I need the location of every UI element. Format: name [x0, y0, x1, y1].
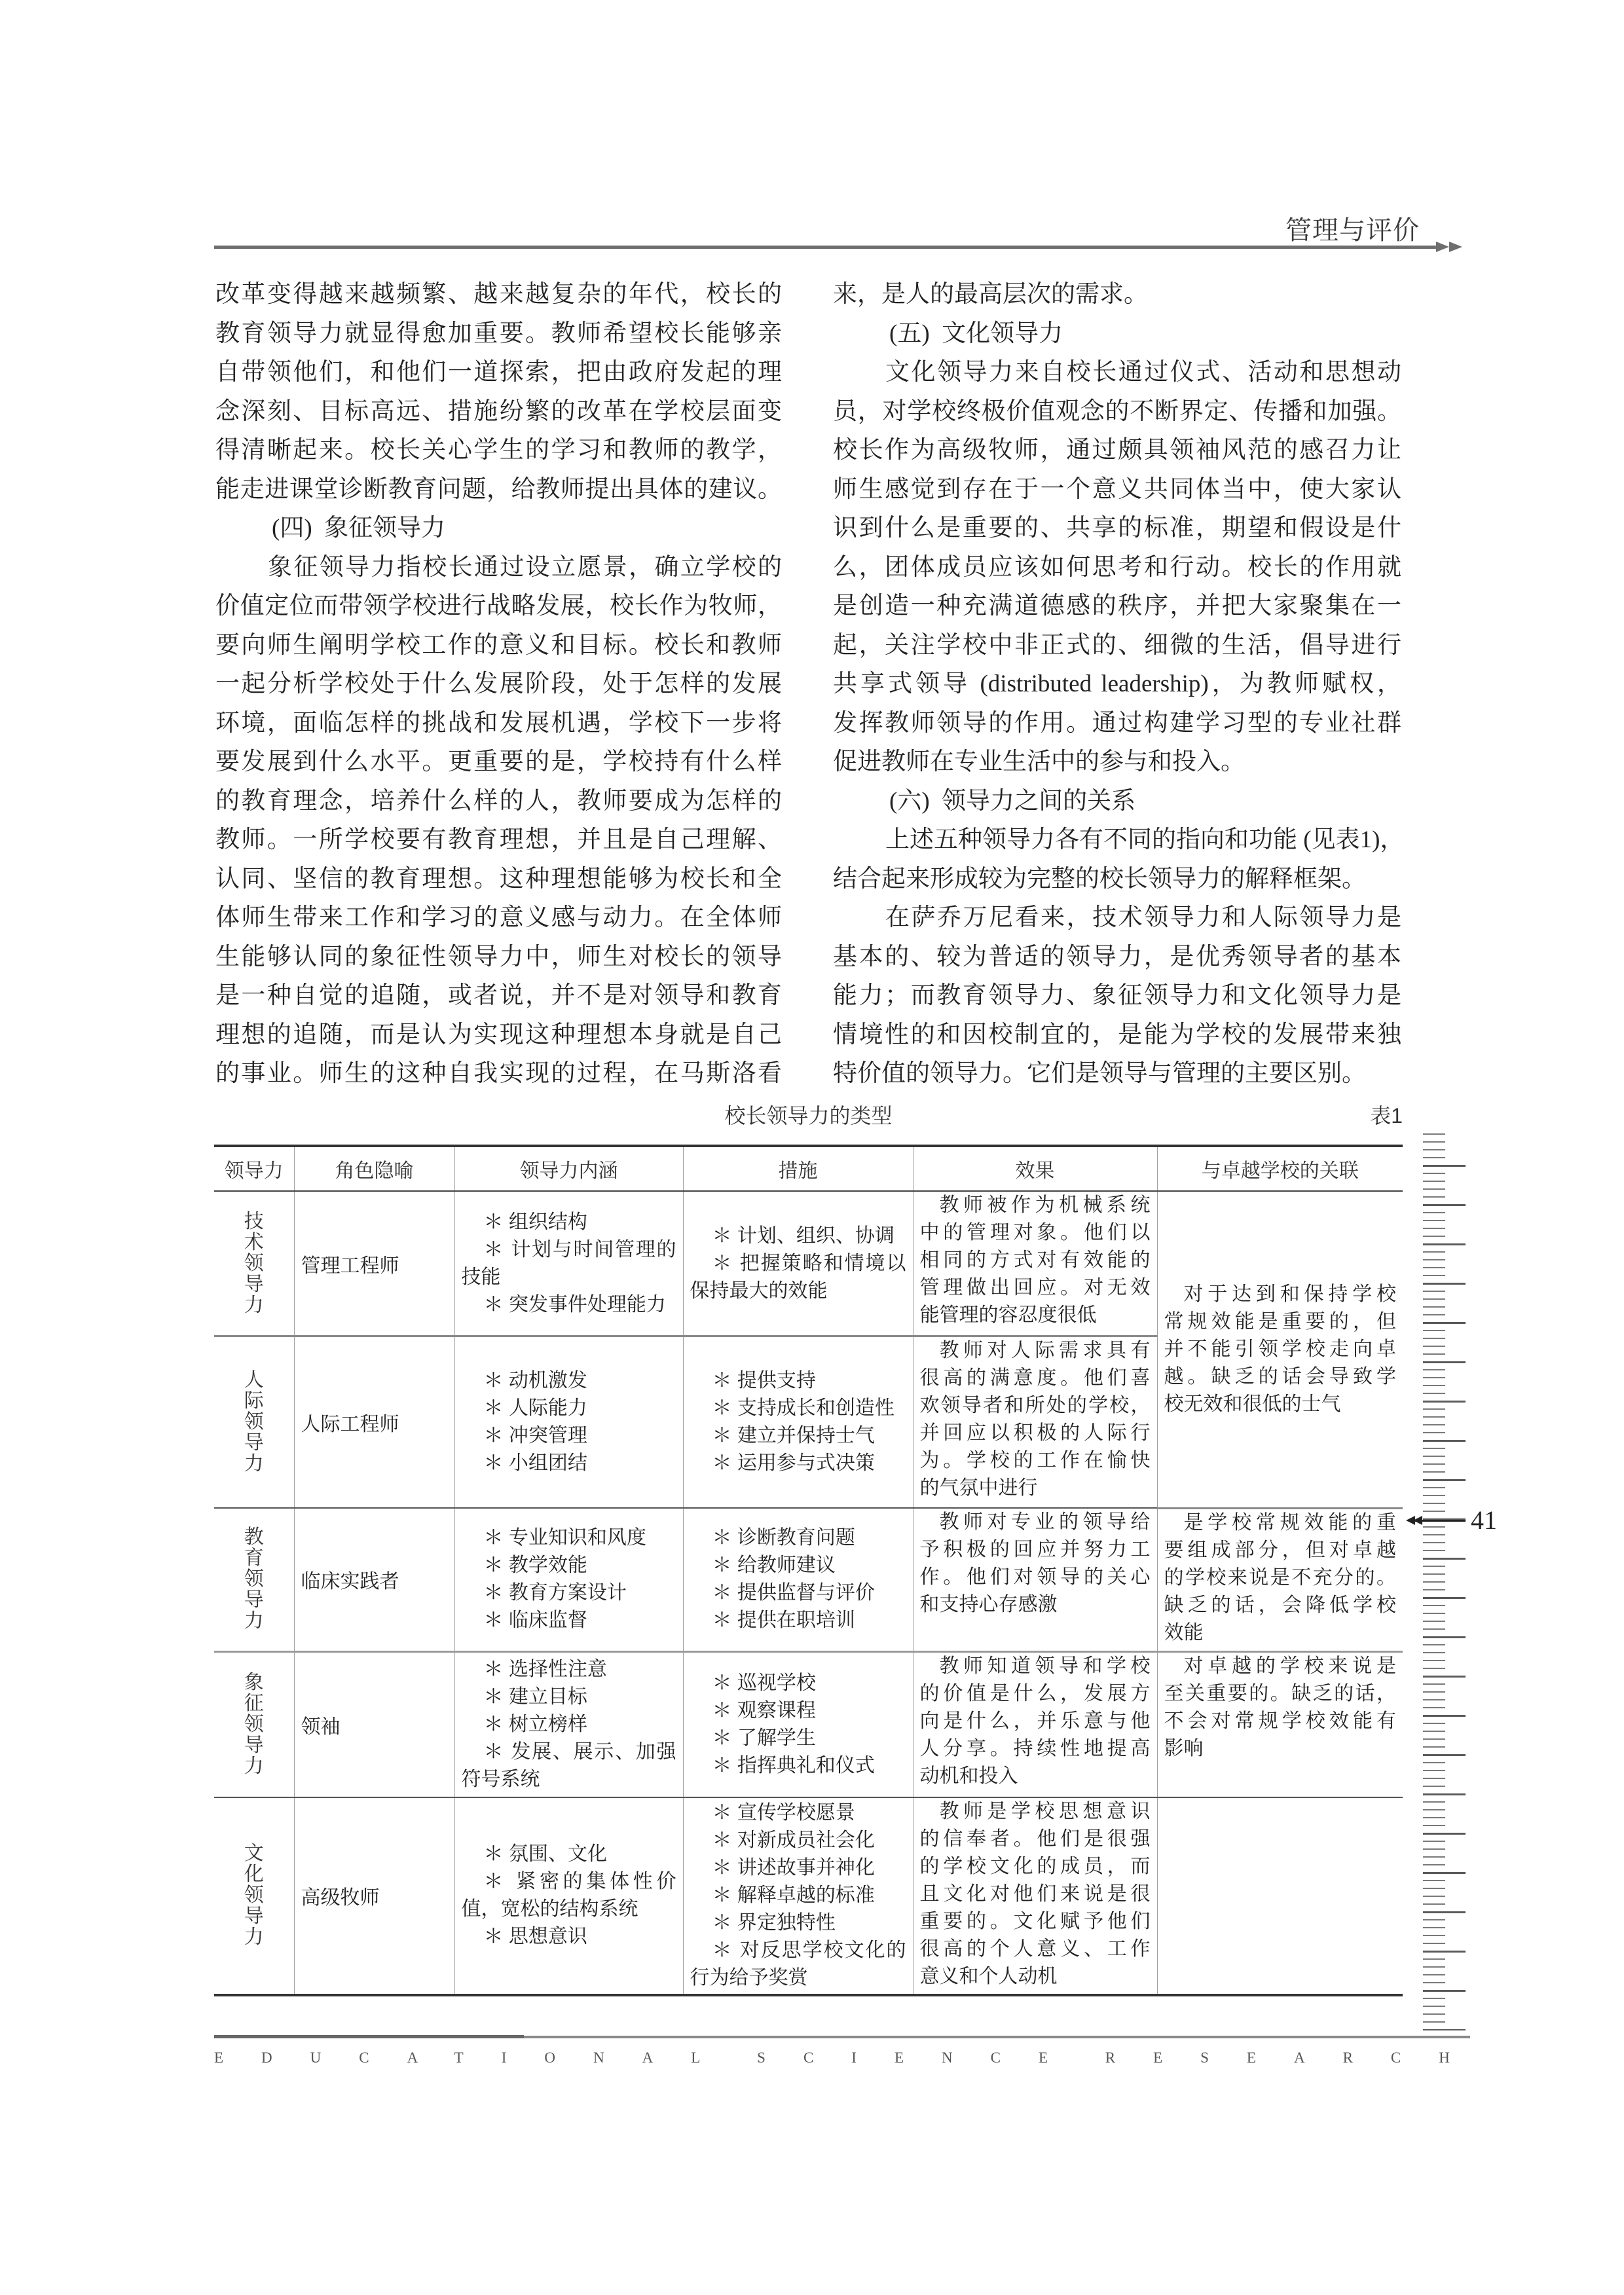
double-arrow-right-icon — [1449, 242, 1462, 252]
footer-rule — [214, 2035, 524, 2038]
role-cell: 临床实践者 — [294, 1508, 454, 1651]
leadership-cell: 技术领导力 — [214, 1191, 294, 1336]
cell-line: 值，宽松的结构系统 — [462, 1896, 676, 1923]
cell-line: 教师对人际需求具有 — [920, 1337, 1151, 1365]
cell-line: ＊ 讲述故事并神化 — [690, 1854, 906, 1882]
body-line: 能力；而教育领导力、象征领导力和文化领导力是 — [833, 976, 1401, 1016]
cell-line: ＊ 思想意识 — [462, 1923, 676, 1951]
cell-line: ＊ 提供支持 — [690, 1367, 906, 1395]
leadership-types-table: 领导力 角色隐喻 领导力内涵 措施 效果 与卓越学校的关联 技术领导力 管理工程… — [214, 1145, 1403, 1996]
cell-line: ＊ 提供监督与评价 — [690, 1579, 906, 1607]
table-header-row: 领导力 角色隐喻 领导力内涵 措施 效果 与卓越学校的关联 — [214, 1146, 1403, 1191]
cell-line: ＊ 树立榜样 — [462, 1711, 676, 1738]
body-column-left: 改革变得越来越频繁、越来越复杂的年代，校长的 教育领导力就显得愈加重要。教师希望… — [215, 275, 782, 1093]
section-title: 管理与评价 — [1285, 216, 1420, 245]
measures-cell: ＊ 巡视学校 ＊ 观察课程 ＊ 了解学生 ＊ 指挥典礼和仪式 — [683, 1651, 913, 1797]
cell-line: 的学校来说是不充分的。 — [1164, 1564, 1397, 1592]
cell-line: ＊ 冲突管理 — [462, 1422, 676, 1450]
cell-line: 意义和个人动机 — [920, 1963, 1151, 1991]
body-line: 在萨乔万尼看来，技术领导力和人际领导力是 — [833, 898, 1401, 938]
body-line: 的事业。师生的这种自我实现的过程，在马斯洛看 — [215, 1054, 782, 1093]
cell-line: ＊ 宣传学校愿景 — [690, 1799, 906, 1827]
body-line: 是一种自觉的追随，或者说，并不是对领导和教育 — [215, 976, 782, 1016]
cell-line: 校无效和很低的士气 — [1164, 1391, 1397, 1418]
leadership-cell: 象征领导力 — [214, 1651, 294, 1797]
cell-line: 的气氛中进行 — [920, 1475, 1151, 1502]
cell-line: 动机和投入 — [920, 1763, 1151, 1790]
cell-line: ＊ 选择性注意 — [462, 1656, 676, 1683]
role-cell: 管理工程师 — [294, 1191, 454, 1336]
cell-line: 越。缺乏的话会导致学 — [1164, 1363, 1397, 1391]
leadership-name: 人际领导力 — [244, 1370, 265, 1475]
cell-line: ＊ 氛围、文化 — [462, 1841, 676, 1868]
cell-line: 很高的满意度。他们喜 — [920, 1365, 1151, 1392]
cell-line: ＊ 发展、展示、加强 — [462, 1738, 676, 1766]
table-title: 校长领导力的类型 — [214, 1103, 1403, 1129]
cell-line: 缺乏的话，会降低学校 — [1164, 1592, 1397, 1619]
section-heading: (六) 领导力之间的关系 — [833, 782, 1401, 821]
cell-line: 符号系统 — [462, 1766, 676, 1793]
cell-line: ＊ 突发事件处理能力 — [462, 1291, 676, 1319]
cell-line: 很高的个人意义、工作 — [920, 1936, 1151, 1963]
body-line: 上述五种领导力各有不同的指向和功能 (见表1)， — [833, 820, 1401, 860]
cell-line: 技能 — [462, 1264, 676, 1291]
connotation-cell: ＊ 组织结构 ＊ 计划与时间管理的 技能 ＊ 突发事件处理能力 — [454, 1191, 683, 1336]
measures-cell: ＊ 宣传学校愿景 ＊ 对新成员社会化 ＊ 讲述故事并神化 ＊ 解释卓越的标准 ＊… — [683, 1797, 913, 1995]
cell-line: 的价值是什么，发展方 — [920, 1680, 1151, 1708]
cell-line: ＊ 专业知识和风度 — [462, 1524, 676, 1552]
table-row: 象征领导力 领袖 ＊ 选择性注意 ＊ 建立目标 ＊ 树立榜样 ＊ 发展、展示、加… — [214, 1651, 1403, 1797]
leadership-name: 象征领导力 — [244, 1672, 265, 1777]
body-line: 基本的、较为普适的领导力，是优秀领导者的基本 — [833, 938, 1401, 977]
body-line: 生能够认同的象征性领导力中，师生对校长的领导 — [215, 938, 782, 977]
cell-line: 管理做出回应。对无效 — [920, 1274, 1151, 1302]
cell-line: 为。学校的工作在愉快 — [920, 1447, 1151, 1475]
cell-line: 且文化对他们来说是很 — [920, 1881, 1151, 1908]
leadership-name: 文化领导力 — [244, 1843, 265, 1948]
body-line: 教育领导力就显得愈加重要。教师希望校长能够亲 — [215, 314, 782, 354]
body-line: 理想的追随，而是认为实现这种理想本身就是自己 — [215, 1016, 782, 1055]
body-line: 么，团体成员应该如何思考和行动。校长的作用就 — [833, 548, 1401, 587]
table-row: 文化领导力 高级牧师 ＊ 氛围、文化 ＊ 紧密的集体性价 值，宽松的结构系统 ＊… — [214, 1797, 1403, 1995]
cell-line: ＊ 对新成员社会化 — [690, 1827, 906, 1854]
leadership-name: 教育领导力 — [244, 1527, 265, 1632]
cell-line: ＊ 教育方案设计 — [462, 1579, 676, 1607]
body-line: 发挥教师领导的作用。通过构建学习型的专业社群 — [833, 704, 1401, 743]
measures-cell: ＊ 诊断教育问题 ＊ 给教师建议 ＊ 提供监督与评价 ＊ 提供在职培训 — [683, 1508, 913, 1651]
body-line: 念深刻、目标高远、措施纷繁的改革在学校层面变 — [215, 392, 782, 431]
measures-cell: ＊ 计划、组织、协调 ＊ 把握策略和情境以 保持最大的效能 — [683, 1191, 913, 1336]
cell-line: 中的管理对象。他们以 — [920, 1219, 1151, 1247]
effects-cell: 教师是学校思想意识 的信奉者。他们是很强 的学校文化的成员，而 且文化对他们来说… — [913, 1797, 1157, 1995]
section-heading: (四) 象征领导力 — [215, 509, 782, 548]
cell-line: 要组成部分，但对卓越 — [1164, 1537, 1397, 1564]
cell-line: ＊ 建立目标 — [462, 1683, 676, 1711]
cell-line: 教师知道领导和学校 — [920, 1653, 1151, 1680]
connotation-cell: ＊ 专业知识和风度 ＊ 教学效能 ＊ 教育方案设计 ＊ 临床监督 — [454, 1508, 683, 1651]
cell-line: ＊ 临床监督 — [462, 1607, 676, 1634]
body-line: 情境性的和因校制宜的，是能为学校的发展带来独 — [833, 1016, 1401, 1055]
cell-line: 的信奉者。他们是很强 — [920, 1826, 1151, 1853]
body-line: 体师生带来工作和学习的意义感与动力。在全体师 — [215, 898, 782, 938]
role-cell: 高级牧师 — [294, 1797, 454, 1995]
cell-line: 重要的。文化赋予他们 — [920, 1908, 1151, 1936]
cell-line: 教师被作为机械系统 — [920, 1192, 1151, 1219]
cell-line: ＊ 界定独特性 — [690, 1909, 906, 1937]
cell-line: 能管理的容忍度很低 — [920, 1302, 1151, 1329]
role-cell: 人际工程师 — [294, 1336, 454, 1509]
role-cell: 领袖 — [294, 1651, 454, 1797]
cell-line: 不会对常规学校效能有 — [1164, 1708, 1397, 1735]
body-line: 结合起来形成较为完整的校长领导力的解释框架。 — [833, 860, 1401, 899]
column-header: 角色隐喻 — [294, 1146, 454, 1191]
table-number: 表1 — [1370, 1103, 1403, 1129]
double-arrow-right-icon — [1436, 242, 1449, 252]
cell-line: 予积极的回应并努力工 — [920, 1536, 1151, 1564]
connotation-cell: ＊ 氛围、文化 ＊ 紧密的集体性价 值，宽松的结构系统 ＊ 思想意识 — [454, 1797, 683, 1995]
cell-line: 保持最大的效能 — [690, 1277, 906, 1305]
body-line: 起，关注学校中非正式的、细微的生活，倡导进行 — [833, 626, 1401, 665]
cell-line: 的学校文化的成员，而 — [920, 1853, 1151, 1881]
connotation-cell: ＊ 选择性注意 ＊ 建立目标 ＊ 树立榜样 ＊ 发展、展示、加强 符号系统 — [454, 1651, 683, 1797]
cell-line: ＊ 紧密的集体性价 — [462, 1868, 676, 1896]
cell-line: ＊ 对反思学校文化的 — [690, 1937, 906, 1964]
cell-line: ＊ 建立并保持士气 — [690, 1422, 906, 1450]
cell-line: 对于达到和保持学校 — [1164, 1281, 1397, 1308]
body-line: 是创造一种充满道德感的秩序，并把大家聚集在一 — [833, 587, 1401, 626]
relation-cell: 对于达到和保持学校 常规效能是重要的，但 并不能引领学校走向卓 越。缺乏的话会导… — [1157, 1191, 1403, 1508]
body-line: 得清晰起来。校长关心学生的学习和教师的教学， — [215, 431, 782, 470]
body-line: 象征领导力指校长通过设立愿景，确立学校的 — [215, 548, 782, 587]
relation-cell: 对卓越的学校来说是 至关重要的。缺乏的话， 不会对常规学校效能有 影响 — [1157, 1651, 1403, 1797]
cell-line: 教师对专业的领导给 — [920, 1509, 1151, 1536]
body-line: 识到什么是重要的、共享的标准，期望和假设是什 — [833, 509, 1401, 548]
cell-line: ＊ 计划与时间管理的 — [462, 1236, 676, 1264]
body-line: 改革变得越来越频繁、越来越复杂的年代，校长的 — [215, 275, 782, 314]
cell-line: 对卓越的学校来说是 — [1164, 1653, 1397, 1680]
body-line: 师生感觉到存在于一个意义共同体当中，使大家认 — [833, 470, 1401, 509]
body-line: 特价值的领导力。它们是领导与管理的主要区别。 — [833, 1054, 1401, 1093]
body-line: 文化领导力来自校长通过仪式、活动和思想动 — [833, 353, 1401, 392]
body-line: 自带领他们，和他们一道探索，把由政府发起的理 — [215, 353, 782, 392]
column-header: 领导力 — [214, 1146, 294, 1191]
cell-line: 至关重要的。缺乏的话， — [1164, 1680, 1397, 1708]
journal-name: EDUCATIONAL SCIENCE RESEARCH — [214, 2048, 1488, 2068]
footer-rule — [524, 2036, 1470, 2038]
leadership-name: 技术领导力 — [244, 1211, 265, 1316]
body-line: 环境，面临怎样的挑战和发展机遇，学校下一步将 — [215, 704, 782, 743]
body-line: 员，对学校终极价值观念的不断界定、传播和加强。 — [833, 392, 1401, 431]
cell-line: 效能 — [1164, 1619, 1397, 1647]
body-line: 价值定位而带领学校进行战略发展，校长作为牧师， — [215, 587, 782, 626]
measures-cell: ＊ 提供支持 ＊ 支持成长和创造性 ＊ 建立并保持士气 ＊ 运用参与式决策 — [683, 1336, 913, 1509]
body-line: 的教育理念，培养什么样的人，教师要成为怎样的 — [215, 782, 782, 821]
cell-line: ＊ 了解学生 — [690, 1725, 906, 1752]
cell-line: 相同的方式对有效能的 — [920, 1247, 1151, 1274]
cell-line: ＊ 诊断教育问题 — [690, 1524, 906, 1552]
body-line: 一起分析学校处于什么发展阶段，处于怎样的发展 — [215, 665, 782, 704]
body-line: 要向师生阐明学校工作的意义和目标。校长和教师 — [215, 626, 782, 665]
cell-line: ＊ 把握策略和情境以 — [690, 1250, 906, 1277]
body-line: 能走进课堂诊断教育问题，给教师提出具体的建议。 — [215, 470, 782, 509]
cell-line: 教师是学校思想意识 — [920, 1798, 1151, 1826]
column-header: 与卓越学校的关联 — [1157, 1146, 1403, 1191]
cell-line: 并回应以积极的人际行 — [920, 1420, 1151, 1447]
cell-line: 影响 — [1164, 1735, 1397, 1763]
cell-line: ＊ 动机激发 — [462, 1367, 676, 1395]
cell-line: 常规效能是重要的，但 — [1164, 1308, 1397, 1336]
cell-line: ＊ 组织结构 — [462, 1209, 676, 1236]
body-line: 来，是人的最高层次的需求。 — [833, 275, 1401, 314]
cell-line: ＊ 运用参与式决策 — [690, 1450, 906, 1477]
section-heading: (五) 文化领导力 — [833, 314, 1401, 354]
cell-line: ＊ 指挥典礼和仪式 — [690, 1752, 906, 1780]
body-line: 要发展到什么水平。更重要的是，学校持有什么样 — [215, 743, 782, 782]
cell-line: ＊ 观察课程 — [690, 1697, 906, 1725]
relation-cell — [1157, 1797, 1403, 1995]
effects-cell: 教师对专业的领导给 予积极的回应并努力工 作。他们对领导的关心 和支持心存感激 — [913, 1508, 1157, 1651]
cell-line: ＊ 支持成长和创造性 — [690, 1395, 906, 1422]
header-rule — [214, 246, 1436, 249]
column-header: 措施 — [683, 1146, 913, 1191]
cell-line: ＊ 人际能力 — [462, 1395, 676, 1422]
cell-line: 行为给予奖赏 — [690, 1964, 906, 1992]
margin-ruler-major-ticks — [1423, 1165, 1466, 2030]
table-row: 教育领导力 临床实践者 ＊ 专业知识和风度 ＊ 教学效能 ＊ 教育方案设计 ＊ … — [214, 1508, 1403, 1651]
cell-line: ＊ 小组团结 — [462, 1450, 676, 1477]
cell-line: 作。他们对领导的关心 — [920, 1564, 1151, 1591]
body-line: 促进教师在专业生活中的参与和投入。 — [833, 743, 1401, 782]
effects-cell: 教师知道领导和学校 的价值是什么，发展方 向是什么，并乐意与他 人分享。持续性地… — [913, 1651, 1157, 1797]
cell-line: 欢领导者和所处的学校， — [920, 1392, 1151, 1420]
column-header: 效果 — [913, 1146, 1157, 1191]
body-line: 共享式领导 (distributed leadership)，为教师赋权， — [833, 665, 1401, 704]
cell-line: 人分享。持续性地提高 — [920, 1735, 1151, 1763]
body-line: 校长作为高级牧师，通过颇具领袖风范的感召力让 — [833, 431, 1401, 470]
body-line: 认同、坚信的教育理想。这种理想能够为校长和全 — [215, 860, 782, 899]
effects-cell: 教师被作为机械系统 中的管理对象。他们以 相同的方式对有效能的 管理做出回应。对… — [913, 1191, 1157, 1336]
cell-line: ＊ 提供在职培训 — [690, 1607, 906, 1634]
cell-line: 和支持心存感激 — [920, 1591, 1151, 1619]
leadership-cell: 人际领导力 — [214, 1336, 294, 1509]
cell-line: ＊ 解释卓越的标准 — [690, 1882, 906, 1909]
cell-line: 是学校常规效能的重 — [1164, 1509, 1397, 1537]
cell-line: ＊ 教学效能 — [462, 1552, 676, 1579]
relation-cell: 是学校常规效能的重 要组成部分，但对卓越 的学校来说是不充分的。 缺乏的话，会降… — [1157, 1508, 1403, 1651]
body-line: 教师。一所学校要有教育理想，并且是自己理解、 — [215, 820, 782, 860]
cell-line: 向是什么，并乐意与他 — [920, 1708, 1151, 1735]
arrowhead-left-icon — [1413, 1516, 1422, 1525]
connotation-cell: ＊ 动机激发 ＊ 人际能力 ＊ 冲突管理 ＊ 小组团结 — [454, 1336, 683, 1509]
effects-cell: 教师对人际需求具有 很高的满意度。他们喜 欢领导者和所处的学校， 并回应以积极的… — [913, 1336, 1157, 1509]
page-number: 41 — [1471, 1506, 1497, 1535]
cell-line: 并不能引领学校走向卓 — [1164, 1336, 1397, 1363]
leadership-cell: 教育领导力 — [214, 1508, 294, 1651]
cell-line: ＊ 给教师建议 — [690, 1552, 906, 1579]
cell-line: ＊ 计划、组织、协调 — [690, 1222, 906, 1250]
cell-line: ＊ 巡视学校 — [690, 1670, 906, 1697]
leadership-cell: 文化领导力 — [214, 1797, 294, 1995]
body-column-right: 来，是人的最高层次的需求。 (五) 文化领导力 文化领导力来自校长通过仪式、活动… — [833, 275, 1401, 1093]
column-header: 领导力内涵 — [454, 1146, 683, 1191]
table-row: 技术领导力 管理工程师 ＊ 组织结构 ＊ 计划与时间管理的 技能 ＊ 突发事件处… — [214, 1191, 1403, 1336]
